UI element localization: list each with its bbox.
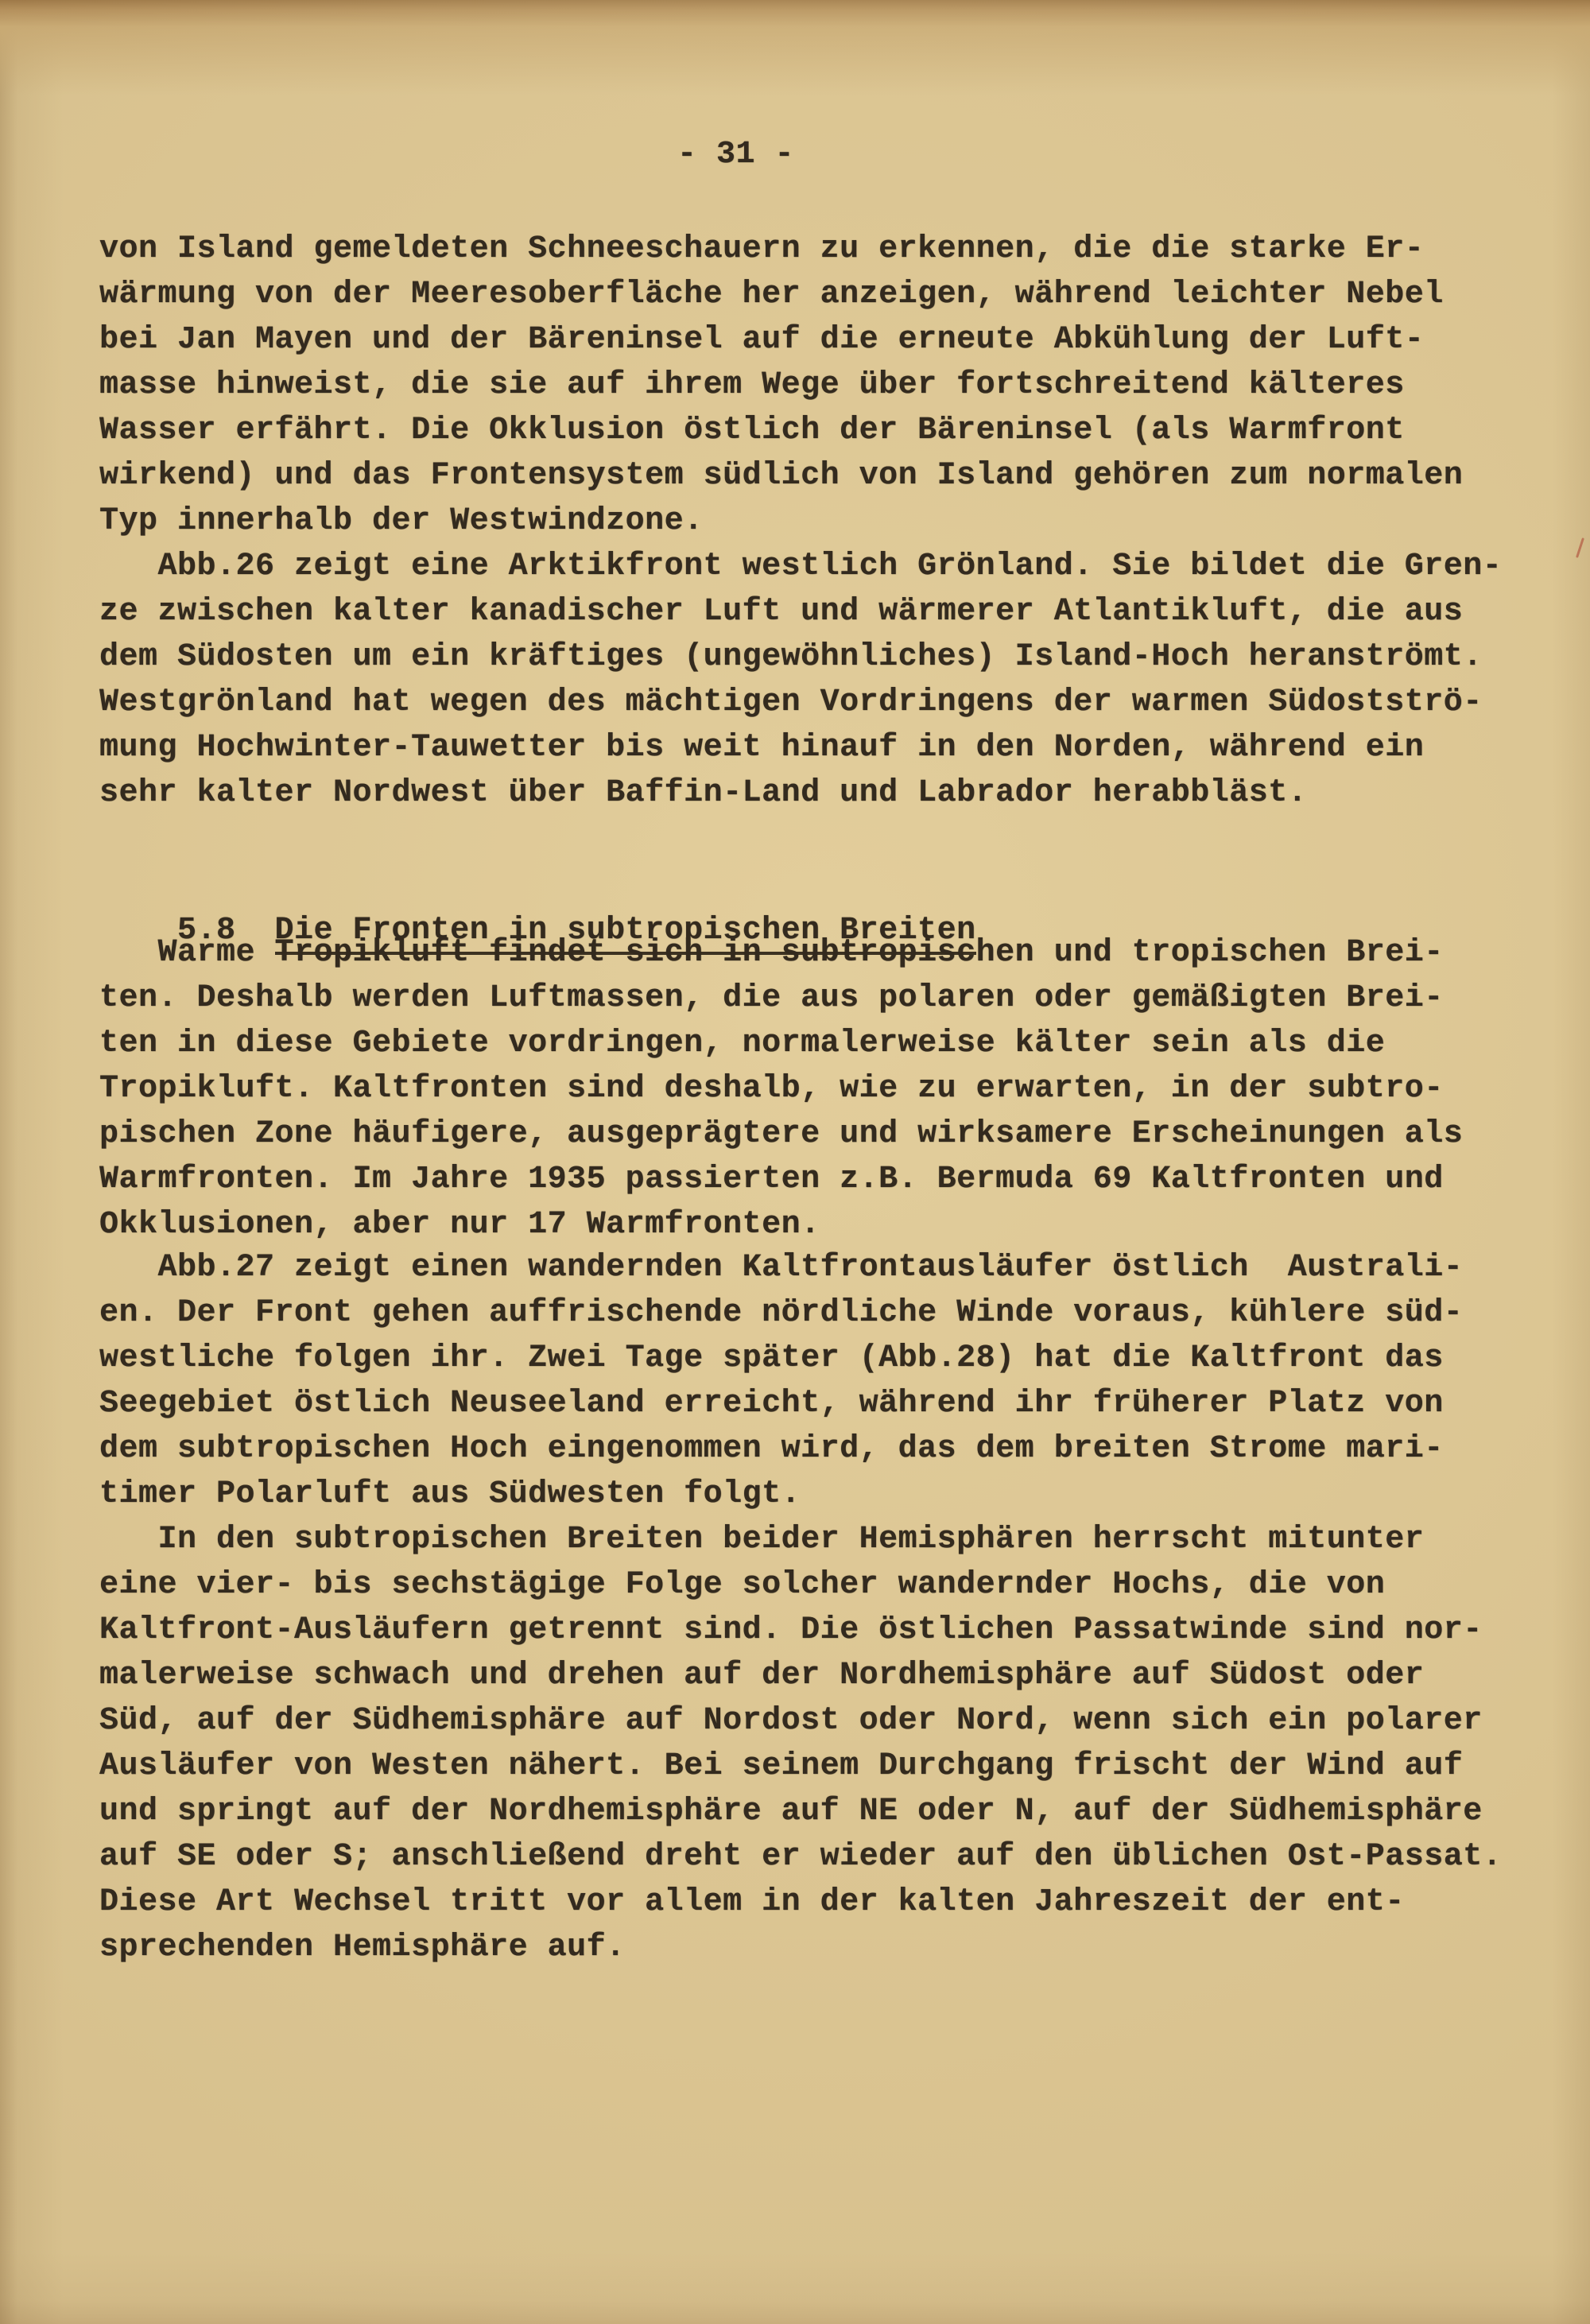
text-line: Warmfronten. Im Jahre 1935 passierten z.… bbox=[99, 1157, 1463, 1202]
text-line: Warme Tropikluft findet sich in subtropi… bbox=[99, 930, 1463, 976]
text-line: Westgrönland hat wegen des mächtigen Vor… bbox=[99, 680, 1502, 725]
paragraph-1: von Island gemeldeten Schneeschauern zu … bbox=[99, 227, 1463, 544]
text-line: eine vier- bis sechstägige Folge solcher… bbox=[99, 1562, 1502, 1608]
text-line: timer Polarluft aus Südwesten folgt. bbox=[99, 1472, 1463, 1517]
text-line: von Island gemeldeten Schneeschauern zu … bbox=[99, 227, 1463, 272]
text-line: masse hinweist, die sie auf ihrem Wege ü… bbox=[99, 363, 1463, 408]
text-line: Süd, auf der Südhemisphäre auf Nordost o… bbox=[99, 1698, 1502, 1744]
page-number: - 31 - bbox=[677, 137, 794, 173]
paragraph-5: In den subtropischen Breiten beider Hemi… bbox=[99, 1517, 1502, 1970]
text-line: Wasser erfährt. Die Okklusion östlich de… bbox=[99, 408, 1463, 453]
text-line: auf SE oder S; anschließend dreht er wie… bbox=[99, 1834, 1502, 1880]
text-line: ten in diese Gebiete vordringen, normale… bbox=[99, 1021, 1463, 1066]
text-line: In den subtropischen Breiten beider Hemi… bbox=[99, 1517, 1502, 1562]
text-line: und springt auf der Nordhemisphäre auf N… bbox=[99, 1789, 1502, 1834]
text-line: ten. Deshalb werden Luftmassen, die aus … bbox=[99, 976, 1463, 1021]
document-page: - 31 - von Island gemeldeten Schneeschau… bbox=[0, 0, 1590, 2324]
text-line: en. Der Front gehen auffrischende nördli… bbox=[99, 1290, 1463, 1336]
text-line: wirkend) und das Frontensystem südlich v… bbox=[99, 453, 1463, 499]
paragraph-4: Abb.27 zeigt einen wandernden Kaltfronta… bbox=[99, 1245, 1463, 1517]
text-line: bei Jan Mayen und der Bäreninsel auf die… bbox=[99, 317, 1463, 363]
text-line: sprechenden Hemisphäre auf. bbox=[99, 1925, 1502, 1970]
text-line: Seegebiet östlich Neuseeland erreicht, w… bbox=[99, 1381, 1463, 1426]
paragraph-3: Warme Tropikluft findet sich in subtropi… bbox=[99, 930, 1463, 1247]
text-line: Ausläufer von Westen nähert. Bei seinem … bbox=[99, 1744, 1502, 1789]
text-line: malerweise schwach und drehen auf der No… bbox=[99, 1653, 1502, 1698]
text-line: westliche folgen ihr. Zwei Tage später (… bbox=[99, 1336, 1463, 1381]
text-line: Okklusionen, aber nur 17 Warmfronten. bbox=[99, 1202, 1463, 1247]
text-line: Typ innerhalb der Westwindzone. bbox=[99, 499, 1463, 544]
paragraph-2: Abb.26 zeigt eine Arktikfront westlich G… bbox=[99, 544, 1502, 816]
text-line: mung Hochwinter-Tauwetter bis weit hinau… bbox=[99, 725, 1502, 770]
text-line: dem subtropischen Hoch eingenommen wird,… bbox=[99, 1426, 1463, 1472]
text-line: Tropikluft. Kaltfronten sind deshalb, wi… bbox=[99, 1066, 1463, 1112]
text-line: Kaltfront-Ausläufern getrennt sind. Die … bbox=[99, 1608, 1502, 1653]
text-line: dem Südosten um ein kräftiges (ungewöhnl… bbox=[99, 634, 1502, 680]
text-line: Diese Art Wechsel tritt vor allem in der… bbox=[99, 1880, 1502, 1925]
text-line: Abb.26 zeigt eine Arktikfront westlich G… bbox=[99, 544, 1502, 589]
text-line: sehr kalter Nordwest über Baffin-Land un… bbox=[99, 770, 1502, 816]
text-line: pischen Zone häufigere, ausgeprägtere un… bbox=[99, 1112, 1463, 1157]
stray-ink-mark bbox=[1576, 537, 1584, 558]
text-line: ze zwischen kalter kanadischer Luft und … bbox=[99, 589, 1502, 634]
section-heading: 5.8Die Fronten in subtropischen Breiten bbox=[99, 863, 976, 908]
text-line: Abb.27 zeigt einen wandernden Kaltfronta… bbox=[99, 1245, 1463, 1290]
text-line: wärmung von der Meeresoberfläche her anz… bbox=[99, 272, 1463, 317]
